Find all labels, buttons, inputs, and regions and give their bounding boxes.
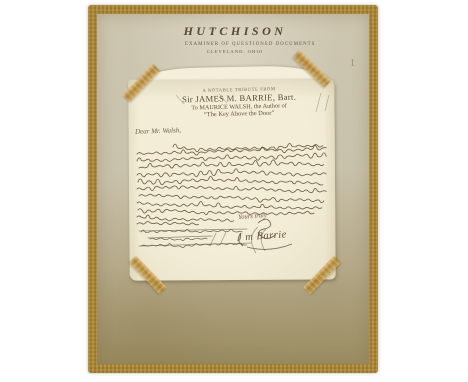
letter-salutation: Dear Mr. Walsh, [135, 126, 181, 136]
examiner-name: HUTCHISON [135, 24, 335, 39]
examiner-title: EXAMINER OF QUESTIONED DOCUMENTS [185, 41, 285, 47]
dedication-line-4: “The Key Above the Door” [189, 108, 289, 118]
pencil-number-mark: 1 [350, 58, 355, 69]
examiner-location: CLEVELAND, OHIO [185, 49, 285, 54]
photo-background: HUTCHISON EXAMINER OF QUESTIONED DOCUMEN… [0, 0, 468, 382]
